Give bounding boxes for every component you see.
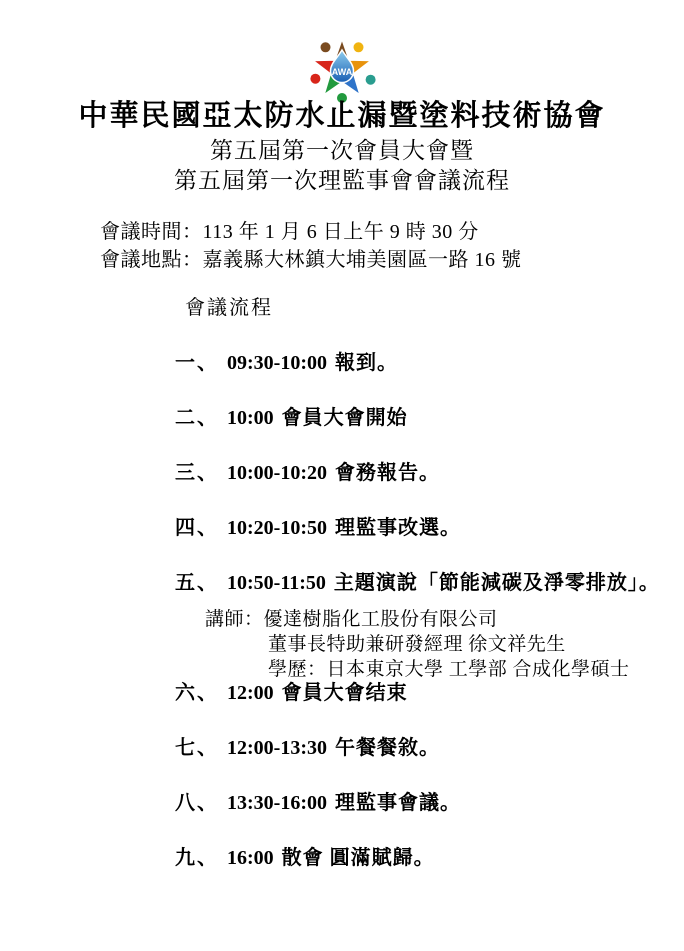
subtitle-line-1: 第五屆第一次會員大會暨 bbox=[0, 136, 684, 166]
agenda-item-time: 10:00 bbox=[227, 407, 274, 429]
agenda-item-number: 九、 bbox=[175, 847, 227, 869]
page-title: 中華民國亞太防水止漏暨塗料技術協會 bbox=[0, 96, 684, 136]
agenda-item-time: 16:00 bbox=[227, 847, 274, 869]
awa-star-logo-icon: AWA bbox=[302, 38, 382, 104]
agenda-item-time: 09:30-10:00 bbox=[227, 352, 327, 374]
agenda-item-number: 七、 bbox=[175, 737, 227, 759]
agenda-item-number: 一、 bbox=[175, 352, 227, 374]
logo-awa-text: AWA bbox=[332, 67, 353, 77]
agenda-item-time: 12:00-13:30 bbox=[227, 737, 327, 759]
speaker-name-line: 董事長特助兼研發經理 徐文祥先生 bbox=[205, 632, 684, 657]
agenda-item-desc: 主題演說「節能減碳及淨零排放」。 bbox=[334, 572, 660, 594]
agenda-item-time: 13:30-16:00 bbox=[227, 792, 327, 814]
logo-dot-teal bbox=[366, 75, 376, 85]
agenda-item-desc: 會員大會開始 bbox=[282, 407, 408, 429]
meeting-info: 會議時間：113 年 1 月 6 日上午 9 時 30 分 會議地點：嘉義縣大林… bbox=[100, 218, 684, 274]
logo-dot-brown bbox=[321, 42, 331, 52]
agenda-item-time: 10:20-10:50 bbox=[227, 517, 327, 539]
agenda-item-desc: 散會 圓滿賦歸。 bbox=[282, 847, 435, 869]
agenda-item-number: 八、 bbox=[175, 792, 227, 814]
agenda-item-number: 三、 bbox=[175, 462, 227, 484]
agenda-item-time: 10:00-10:20 bbox=[227, 462, 327, 484]
document-page: AWA 中華民國亞太防水止漏暨塗料技術協會 第五屆第一次會員大會暨 第五屆第一次… bbox=[0, 0, 684, 951]
agenda-item-number: 二、 bbox=[175, 407, 227, 429]
agenda-item-5: 五、10:50-11:50主題演說「節能減碳及淨零排放」。 bbox=[175, 572, 684, 594]
agenda-item-number: 五、 bbox=[175, 572, 227, 594]
logo-dot-red bbox=[310, 74, 320, 84]
agenda-item-number: 四、 bbox=[175, 517, 227, 539]
agenda-item-9: 九、16:00散會 圓滿賦歸。 bbox=[175, 847, 684, 869]
subtitle-line-2: 第五屆第一次理監事會會議流程 bbox=[0, 166, 684, 196]
agenda-item-desc: 會務報告。 bbox=[335, 462, 440, 484]
agenda-item-desc: 理監事會議。 bbox=[335, 792, 461, 814]
logo-dot-yellow bbox=[354, 42, 364, 52]
speaker-company-line: 講師：優達樹脂化工股份有限公司 bbox=[205, 607, 684, 632]
meeting-time-line: 會議時間：113 年 1 月 6 日上午 9 時 30 分 bbox=[100, 218, 684, 246]
agenda-item-desc: 午餐餐敘。 bbox=[335, 737, 440, 759]
agenda-item-7: 七、12:00-13:30午餐餐敘。 bbox=[175, 737, 684, 759]
agenda-item-desc: 報到。 bbox=[335, 352, 398, 374]
agenda-item-3: 三、10:00-10:20會務報告。 bbox=[175, 462, 684, 484]
agenda-item-8: 八、13:30-16:00理監事會議。 bbox=[175, 792, 684, 814]
agenda-item-time: 10:50-11:50 bbox=[227, 572, 326, 594]
agenda-list: 一、09:30-10:00報到。 二、10:00會員大會開始 三、10:00-1… bbox=[175, 352, 684, 869]
agenda-item-number: 六、 bbox=[175, 682, 227, 704]
agenda-item-4: 四、10:20-10:50理監事改選。 bbox=[175, 517, 684, 539]
agenda-item-desc: 理監事改選。 bbox=[335, 517, 461, 539]
agenda-item-desc: 會員大會结束 bbox=[282, 682, 408, 704]
agenda-item-6: 六、12:00會員大會结束 bbox=[175, 682, 684, 704]
association-logo: AWA bbox=[302, 38, 382, 104]
agenda-item-1: 一、09:30-10:00報到。 bbox=[175, 352, 684, 374]
agenda-item-time: 12:00 bbox=[227, 682, 274, 704]
agenda-heading: 會議流程 bbox=[185, 294, 684, 322]
agenda-item-2: 二、10:00會員大會開始 bbox=[175, 407, 684, 429]
speaker-details: 講師：優達樹脂化工股份有限公司 董事長特助兼研發經理 徐文祥先生 學歷：日本東京… bbox=[205, 607, 684, 682]
speaker-education-line: 學歷：日本東京大學 工學部 合成化學碩士 bbox=[205, 657, 684, 682]
meeting-place-line: 會議地點：嘉義縣大林鎮大埔美園區一路 16 號 bbox=[100, 246, 684, 274]
